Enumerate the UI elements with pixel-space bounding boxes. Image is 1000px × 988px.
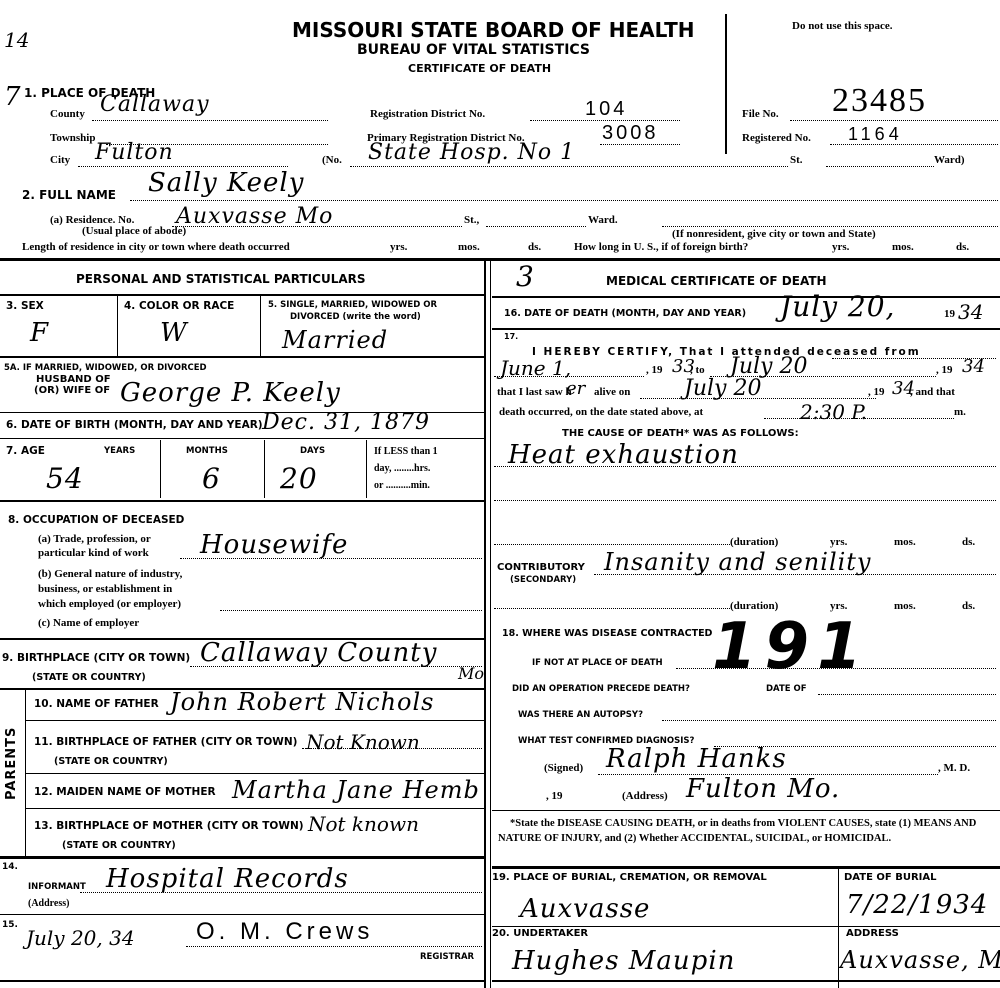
age-months-label: MONTHS xyxy=(186,446,228,456)
burial-divider xyxy=(838,868,839,988)
foreign-mos: mos. xyxy=(892,241,914,253)
burial-rule xyxy=(492,926,1000,927)
birthplace-state-label: (STATE OR COUNTRY) xyxy=(32,672,146,683)
age-days-value: 20 xyxy=(280,462,318,495)
file-no-label: File No. xyxy=(742,108,779,120)
corner-mark: 3 xyxy=(516,260,534,293)
sex-race-divider xyxy=(117,296,118,356)
primary-reg-label: Primary Registration District No. xyxy=(367,132,525,144)
row-rule-4 xyxy=(0,500,484,502)
secondary-label: (SECONDARY) xyxy=(510,575,576,585)
undertaker-value: Hughes Maupin xyxy=(512,946,735,976)
cause-line-2 xyxy=(494,500,996,501)
center-divider-right xyxy=(490,260,491,988)
header-divider xyxy=(725,14,727,154)
cause-line-3 xyxy=(494,544,730,545)
duration-ds-2: ds. xyxy=(962,600,975,612)
marital-value: Married xyxy=(282,326,388,354)
nonresident-note: (If nonresident, give city or town and S… xyxy=(672,228,876,240)
last-saw-label: that I last saw h xyxy=(497,386,572,398)
registered-no-value: 1164 xyxy=(848,124,903,145)
footnote-rule xyxy=(492,866,1000,869)
row-rule-10 xyxy=(0,856,484,859)
registrar-signature: O. M. Crews xyxy=(196,918,373,946)
city-line xyxy=(78,166,288,167)
spouse-label: 5A. IF MARRIED, WIDOWED, OR DIVORCED xyxy=(4,363,207,373)
informant-label: INFORMANT xyxy=(28,882,86,892)
nonresident-line xyxy=(662,226,998,227)
spouse-label3: (OR) WIFE OF xyxy=(34,385,110,396)
row-rule-7 xyxy=(26,720,484,721)
undertaker-address-label: ADDRESS xyxy=(846,928,899,939)
length-yrs: yrs. xyxy=(390,241,407,253)
burial-date: 7/22/1934 xyxy=(846,890,988,920)
physician-signature: Ralph Hanks xyxy=(606,744,787,774)
to-year-prefix: , 19 xyxy=(936,364,953,376)
dob-label: 6. DATE OF BIRTH (MONTH, DAY AND YEAR) xyxy=(6,419,263,431)
length-mos: mos. xyxy=(458,241,480,253)
last-saw-date: July 20 xyxy=(684,376,761,401)
file-no-value: 23485 xyxy=(832,82,927,120)
row-rule-8 xyxy=(26,773,484,774)
board-title: MISSOURI STATE BOARD OF HEALTH xyxy=(292,18,694,42)
parents-label: PARENTS xyxy=(4,727,19,800)
full-name-label: 2. FULL NAME xyxy=(22,188,116,202)
mother-bp-label: 13. BIRTHPLACE OF MOTHER (CITY OR TOWN) xyxy=(34,820,304,832)
signed-label: (Signed) xyxy=(544,762,583,774)
autopsy-label: WAS THERE AN AUTOPSY? xyxy=(518,710,643,720)
residence-ward-line xyxy=(486,226,586,227)
alive-on-label: alive on xyxy=(594,386,630,398)
full-name-line xyxy=(130,200,998,201)
sex-value: F xyxy=(30,318,49,348)
last-saw-year-prefix: , 19 xyxy=(868,386,885,398)
duration-yrs-1: yrs. xyxy=(830,536,847,548)
informant-num: 14. xyxy=(2,862,18,872)
ward-label: Ward) xyxy=(934,154,965,166)
contributory-value: Insanity and senility xyxy=(604,548,872,576)
duration-label-1: (duration) xyxy=(730,536,778,548)
dod-value: July 20, xyxy=(780,290,895,323)
age-years-value: 54 xyxy=(46,462,84,495)
foreign-birth-label: How long in U. S., if of foreign birth? xyxy=(574,241,748,253)
street-no-label: (No. xyxy=(322,154,342,166)
industry-line xyxy=(220,610,482,611)
foreign-ds: ds. xyxy=(956,241,969,253)
center-divider-left xyxy=(484,260,486,988)
reg-district-label: Registration District No. xyxy=(370,108,485,120)
dod-rule xyxy=(492,328,1000,330)
registrar-label: REGISTRAR xyxy=(420,952,474,962)
bureau-title: BUREAU OF VITAL STATISTICS xyxy=(357,42,590,58)
margin-mark-top: 14 xyxy=(4,28,29,52)
filed-num: 15. xyxy=(2,920,18,930)
duration-mos-2: mos. xyxy=(894,600,916,612)
occ-b-label-1: (b) General nature of industry, xyxy=(38,568,182,580)
burial-place: Auxvasse xyxy=(520,894,650,924)
residence-value: Auxvasse Mo xyxy=(176,204,333,229)
occ-c-label: (c) Name of employer xyxy=(38,617,139,629)
bottom-rule-left xyxy=(0,980,484,982)
registered-no-label: Registered No. xyxy=(742,132,811,144)
last-saw-pronoun: er xyxy=(566,378,585,399)
less-label-3: or ..........min. xyxy=(374,480,430,491)
row-rule-11 xyxy=(0,914,484,915)
file-no-line xyxy=(790,120,998,121)
cause-code: 191 xyxy=(712,610,870,684)
dod-year-prefix: 19 xyxy=(944,308,955,320)
age-days-label: DAYS xyxy=(300,446,325,456)
from-year-prefix: , 19 xyxy=(646,364,663,376)
undertaker-address: Auxvasse, Mo xyxy=(840,946,1000,974)
cause-footnote: *State the DISEASE CAUSING DEATH, or in … xyxy=(498,816,996,846)
main-rule xyxy=(0,258,1000,261)
duration-line-2 xyxy=(494,608,730,609)
registrar-line xyxy=(186,946,482,947)
occupation-value: Housewife xyxy=(200,530,348,560)
less-label-2: day, ........hrs. xyxy=(374,463,430,474)
length-ds: ds. xyxy=(528,241,541,253)
informant-value: Hospital Records xyxy=(106,864,349,894)
age-years-label: YEARS xyxy=(104,446,135,456)
race-value: W xyxy=(160,318,188,348)
duration-ds-1: ds. xyxy=(962,536,975,548)
less-label-1: If LESS than 1 xyxy=(374,446,438,457)
mother-label: 12. MAIDEN NAME OF MOTHER xyxy=(34,786,216,798)
m-label: m. xyxy=(954,406,966,418)
age-divider-3 xyxy=(366,440,367,498)
residence-st-label: St., xyxy=(464,214,479,226)
personal-title: PERSONAL AND STATISTICAL PARTICULARS xyxy=(76,272,366,286)
reg-district-value: 104 xyxy=(585,98,627,121)
occ-b-label-3: which employed (or employer) xyxy=(38,598,181,610)
city-label: City xyxy=(50,154,70,166)
township-label: Township xyxy=(50,132,95,144)
medical-title-rule xyxy=(492,296,1000,298)
time-value: 2:30 P. xyxy=(800,400,867,424)
certificate-title: CERTIFICATE OF DEATH xyxy=(408,62,551,75)
personal-title-rule xyxy=(0,294,484,296)
age-divider-1 xyxy=(160,440,161,498)
physician-address-label: (Address) xyxy=(622,790,668,802)
item-17-num: 17. xyxy=(504,332,518,341)
operation-label: DID AN OPERATION PRECEDE DEATH? xyxy=(512,684,690,694)
occupation-label: 8. OCCUPATION OF DECEASED xyxy=(8,514,184,526)
physician-address: Fulton Mo. xyxy=(686,774,840,804)
father-bp-state-label: (STATE OR COUNTRY) xyxy=(54,756,168,767)
dob-value: Dec. 31, 1879 xyxy=(262,410,430,435)
sex-label: 3. SEX xyxy=(6,300,44,312)
where-label: 18. WHERE WAS DISEASE CONTRACTED xyxy=(502,628,712,639)
ward-line xyxy=(826,166,934,167)
race-marital-divider xyxy=(260,296,261,356)
burial-label: 19. PLACE OF BURIAL, CREMATION, OR REMOV… xyxy=(492,872,767,883)
length-residence-label: Length of residence in city or town wher… xyxy=(22,241,290,253)
dod-label: 16. DATE OF DEATH (MONTH, DAY AND YEAR) xyxy=(504,308,746,319)
age-months-value: 6 xyxy=(202,462,221,495)
contributory-label: CONTRIBUTORY xyxy=(497,562,585,573)
residence-sublabel: (Usual place of abode) xyxy=(82,225,186,237)
operation-date-label: DATE OF xyxy=(766,684,807,694)
age-divider-2 xyxy=(264,440,265,498)
where-label-2: IF NOT AT PLACE OF DEATH xyxy=(532,658,663,668)
residence-ward-label: Ward. xyxy=(588,214,618,226)
occ-b-label-2: business, or establishment in xyxy=(38,583,172,595)
where-line xyxy=(676,668,996,669)
margin-mark-seven: 7 xyxy=(4,82,21,112)
dod-year: 34 xyxy=(958,300,983,324)
county-line xyxy=(92,120,328,121)
birthplace-label: 9. BIRTHPLACE (CITY OR TOWN) xyxy=(2,652,190,664)
medical-title: MEDICAL CERTIFICATE OF DEATH xyxy=(606,274,827,288)
spouse-value: George P. Keely xyxy=(120,378,341,408)
marital-label2: DIVORCED (write the word) xyxy=(290,312,421,322)
st-label: St. xyxy=(790,154,803,166)
marital-label: 5. SINGLE, MARRIED, WIDOWED OR xyxy=(268,300,437,310)
birthplace-state-value: Mo xyxy=(458,664,484,683)
age-label: 7. AGE xyxy=(6,445,45,457)
occ-a-label-2: particular kind of work xyxy=(38,547,149,559)
birthplace-value: Callaway County xyxy=(200,638,437,668)
filed-date: July 20, 34 xyxy=(26,926,135,950)
certify-label: I HEREBY CERTIFY, That I attended deceas… xyxy=(532,346,921,358)
father-bp-value: Not Known xyxy=(306,730,420,754)
full-name-value: Sally Keely xyxy=(148,168,304,198)
operation-date-line xyxy=(818,694,996,695)
signature-rule xyxy=(492,810,1000,811)
occ-a-label-1: (a) Trade, profession, or xyxy=(38,533,151,545)
bottom-rule-right xyxy=(492,980,1000,982)
occurred-label: death occurred, on the date stated above… xyxy=(499,406,703,418)
primary-reg-value: 3008 xyxy=(602,122,659,145)
city-value: Fulton xyxy=(95,140,174,165)
to-year: 34 xyxy=(962,356,985,377)
autopsy-line xyxy=(662,720,996,721)
row-rule-9 xyxy=(26,808,484,809)
mother-value: Martha Jane Hemb xyxy=(232,776,480,804)
father-bp-label: 11. BIRTHPLACE OF FATHER (CITY OR TOWN) xyxy=(34,736,297,748)
cause-value: Heat exhaustion xyxy=(508,440,739,470)
signed-date-19: , 19 xyxy=(546,790,563,802)
spouse-label2: HUSBAND OF xyxy=(36,374,111,385)
cause-label: THE CAUSE OF DEATH* WAS AS FOLLOWS: xyxy=(562,428,799,439)
foreign-yrs: yrs. xyxy=(832,241,849,253)
attended-from: June 1, xyxy=(500,356,571,380)
father-value: John Robert Nichols xyxy=(170,688,434,716)
do-not-use-note: Do not use this space. xyxy=(792,20,893,32)
md-label: , M. D. xyxy=(938,762,970,774)
county-label: County xyxy=(50,108,85,120)
street-no-line xyxy=(350,166,788,167)
county-value: Callaway xyxy=(100,92,210,117)
row-rule-1 xyxy=(0,356,484,358)
to-label: , to xyxy=(690,364,705,376)
row-rule-3 xyxy=(0,438,484,439)
duration-mos-1: mos. xyxy=(894,536,916,548)
undertaker-label: 20. UNDERTAKER xyxy=(492,928,588,939)
mother-bp-value: Not known xyxy=(308,812,419,836)
mother-bp-state-label: (STATE OR COUNTRY) xyxy=(62,840,176,851)
and-that-label: , and that xyxy=(910,386,955,398)
informant-address-label: (Address) xyxy=(28,898,69,909)
burial-date-label: DATE OF BURIAL xyxy=(844,872,937,883)
father-label: 10. NAME OF FATHER xyxy=(34,698,159,710)
race-label: 4. COLOR OR RACE xyxy=(124,300,234,312)
